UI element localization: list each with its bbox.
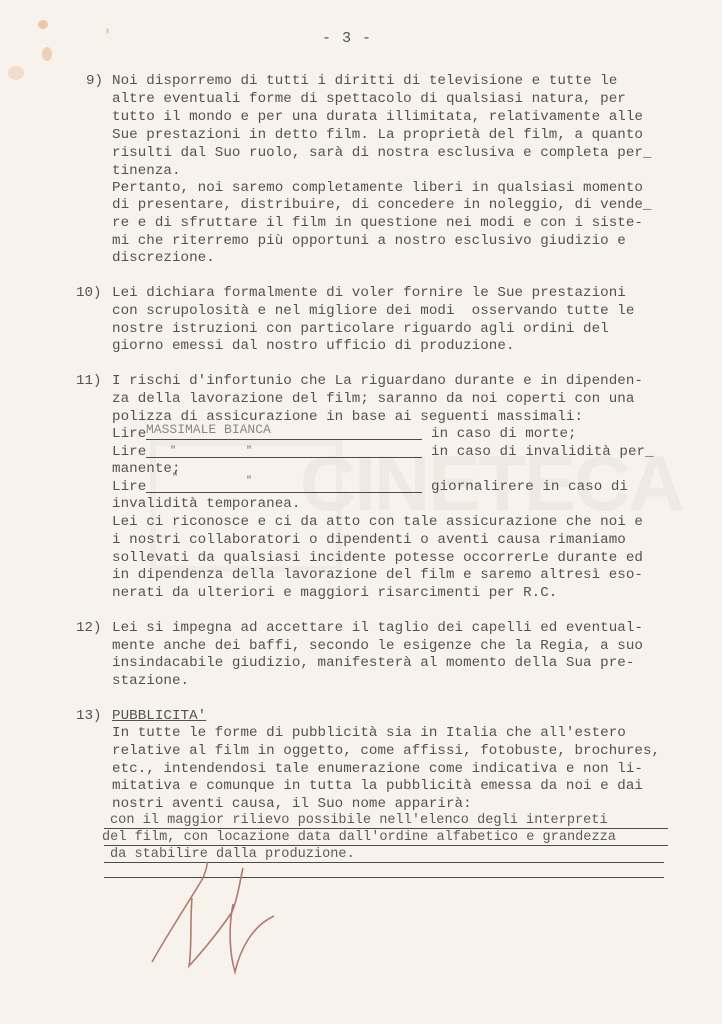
clause-9-line: Noi disporremo di tutti i diritti di tel…	[112, 73, 617, 90]
paper-stain	[106, 28, 109, 34]
clause-10-line: nostre istruzioni con particolare riguar…	[112, 321, 609, 338]
insurance-continuation: manente;	[112, 461, 181, 478]
insurance-prefix: Lire	[112, 479, 146, 496]
ditto-mark: "	[172, 473, 178, 484]
clause-10-line: giorno emessi dal nostro ufficio di prod…	[112, 338, 515, 355]
clause-13-line: etc., intendendosi tale enumerazione com…	[112, 761, 643, 778]
document-page: CINETECA - 3 - 9) Noi disporremo di tutt…	[0, 0, 722, 1024]
signature	[140, 860, 280, 980]
clause-12-line: Lei si impegna ad accettare il taglio de…	[112, 620, 643, 637]
paper-stain	[42, 47, 52, 61]
clause-13-line: relative al film in oggetto, come affiss…	[112, 743, 660, 760]
paper-stain	[8, 66, 24, 80]
clause-12-line: insindacabile giudizio, manifesterà al m…	[112, 655, 634, 672]
page-number: - 3 -	[322, 30, 372, 47]
insurance-suffix: in caso di invalidità per_	[431, 444, 654, 461]
clause-13-line: mitativa e comunque in tutta la pubblici…	[112, 778, 643, 795]
clause-10-line: Lei dichiara formalmente di voler fornir…	[112, 285, 626, 302]
fill-line	[146, 439, 422, 440]
insurance-suffix: in caso di morte;	[431, 426, 577, 443]
clause-number: 10)	[76, 285, 102, 302]
ditto-mark: "	[170, 446, 176, 457]
clause-11-line: Lei ci riconosce e ci da atto con tale a…	[112, 514, 643, 531]
ditto-mark: "	[246, 476, 252, 487]
clause-11-line: I rischi d'infortunio che La riguardano …	[112, 373, 643, 390]
clause-9-line: risulti dal Suo ruolo, sarà di nostra es…	[112, 145, 652, 162]
ditto-mark: "	[246, 446, 252, 457]
clause-number: 9)	[86, 73, 103, 90]
clause-11-line: nerati da ulteriori e maggiori risarcime…	[112, 585, 557, 602]
clause-number: 11)	[76, 373, 102, 390]
typed-insert-line: con il maggior rilievo possibile nell'el…	[110, 812, 608, 829]
clause-9-line: tutto il mondo e per una durata illimita…	[112, 109, 643, 126]
clause-9-line: tinenza.	[112, 163, 181, 180]
clause-13-line: In tutte le forme di pubblicità sia in I…	[112, 725, 626, 742]
clause-9-line: Sue prestazioni in detto film. La propri…	[112, 127, 643, 144]
clause-11-line: i nostri collaboratori o dipendenti o av…	[112, 532, 626, 549]
clause-13-title: PUBBLICITA'	[112, 708, 206, 725]
insurance-suffix: giornalirere in caso di	[431, 479, 628, 496]
clause-9-line: altre eventuali forme di spettacolo di q…	[112, 91, 626, 108]
fill-line	[146, 457, 422, 458]
typed-insert-line: del film, con locazione data dall'ordine…	[102, 829, 616, 846]
insurance-prefix: Lire	[112, 444, 146, 461]
clause-9-line: re e di sfruttare il film in questione n…	[112, 215, 643, 232]
clause-9-line: discrezione.	[112, 250, 215, 267]
insurance-prefix: Lire	[112, 426, 146, 443]
clause-12-line: mente anche dei baffi, secondo le esigen…	[112, 638, 643, 655]
clause-9-line: mi che riterremo più opportuni a nostro …	[112, 233, 626, 250]
clause-11-line: in dipendenza della lavorazione del film…	[112, 567, 643, 584]
clause-number: 13)	[76, 708, 102, 725]
clause-11-line: sollevati da qualsiasi incidente potesse…	[112, 550, 643, 567]
clause-12-line: stazione.	[112, 673, 189, 690]
insurance-continuation: invalidità temporanea.	[112, 496, 300, 513]
clause-10-line: con scrupolosità e nel migliore dei modi…	[112, 303, 634, 320]
paper-stain	[38, 20, 48, 29]
clause-number: 12)	[76, 620, 102, 637]
fill-line	[146, 492, 422, 493]
clause-13-line: nostri aventi causa, il Suo nome apparir…	[112, 796, 472, 813]
clause-11-line: za della lavorazione del film; saranno d…	[112, 391, 634, 408]
insurance-value-death: MASSIMALE BIANCA	[146, 422, 271, 437]
clause-9-line: di presentare, distribuire, di concedere…	[112, 197, 652, 214]
clause-9-line: Pertanto, noi saremo completamente liber…	[112, 180, 643, 197]
